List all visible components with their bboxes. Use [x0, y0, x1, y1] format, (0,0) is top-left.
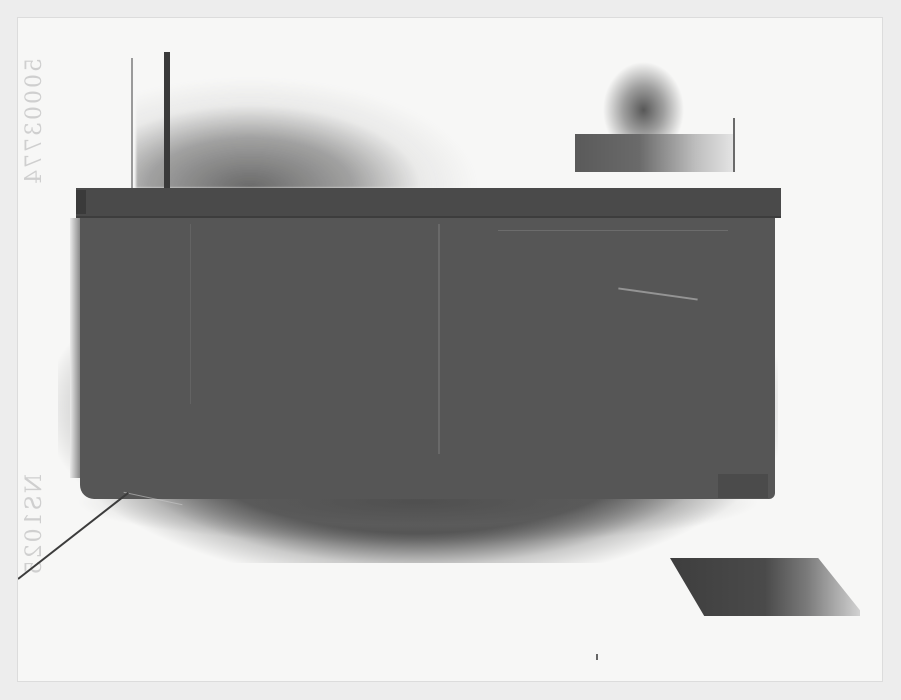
- wall-picture: [575, 134, 735, 172]
- speck: [596, 654, 598, 660]
- cabinet-body: [80, 214, 775, 499]
- stamp-number-bottom: NS1025: [22, 474, 47, 576]
- thin-pole: [131, 58, 133, 188]
- wall-picture-image: [603, 62, 693, 142]
- wall-picture-edge: [733, 118, 735, 172]
- cabinet-top: [76, 188, 781, 218]
- pole: [164, 52, 170, 188]
- cabinet-door-divider: [438, 224, 440, 454]
- wall-shadow: [136, 58, 516, 188]
- stamp-number-top: 50003774: [22, 58, 47, 186]
- cabinet-top-lip: [76, 190, 86, 214]
- scanned-page: 50003774 NS1025: [18, 18, 882, 681]
- cabinet-panel-line: [190, 224, 191, 404]
- floor-picture: [670, 558, 860, 616]
- cabinet-foot: [718, 474, 768, 498]
- cabinet-panel-line-horizontal: [498, 230, 728, 231]
